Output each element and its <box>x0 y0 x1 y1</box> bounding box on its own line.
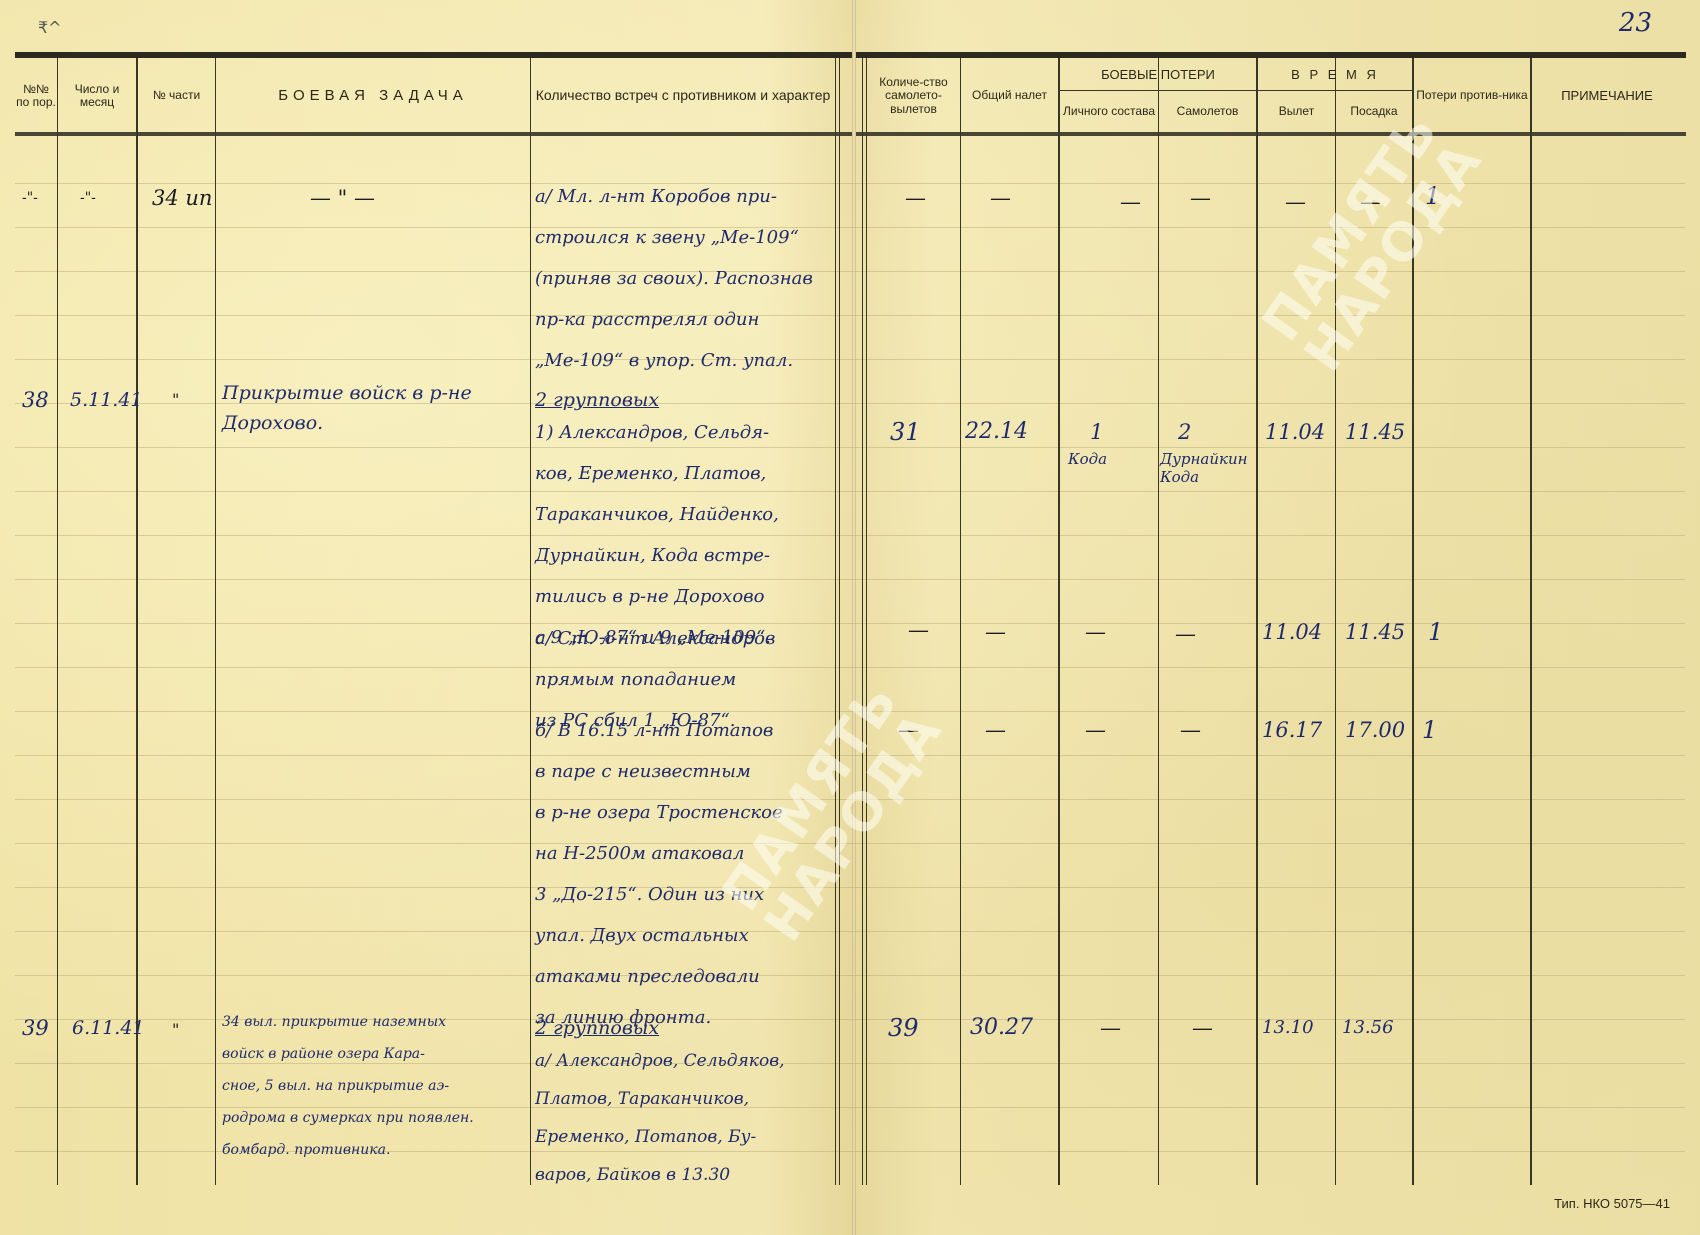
header-num: №№ по пор. <box>15 60 57 132</box>
journal-spread: ₹^ 23 №№ по пор. Число и месяц № части Б… <box>0 0 1700 1235</box>
cell-time-departure: 11.04 <box>1265 410 1325 454</box>
header-subgroup-rule <box>1060 90 1412 91</box>
cell-sorties: — <box>905 176 926 220</box>
cell-flight-time: 22.14 <box>965 410 1028 454</box>
cell-num: 39 <box>22 1006 49 1050</box>
col-divider <box>1158 58 1159 1185</box>
cell-sorties: 31 <box>890 410 921 454</box>
cell-enemy-losses: 1 <box>1422 708 1437 752</box>
header-top-rule-right <box>856 52 1686 58</box>
header-bottom-rule-right <box>856 132 1686 136</box>
header-sorties: Количе-ство самолето-вылетов <box>867 60 960 132</box>
cell-date: 6.11.41 <box>72 1006 145 1050</box>
cell-task: Прикрытие войск в р-не Дорохово. <box>222 378 472 438</box>
header-date: Число и месяц <box>58 60 136 132</box>
cell-num: -"- <box>22 176 38 220</box>
col-divider <box>1530 58 1532 1185</box>
cell-losses-personnel: — <box>1085 708 1106 752</box>
cell-time-landing: 11.45 <box>1345 410 1405 454</box>
page-number: 23 <box>1619 8 1652 38</box>
cell-sorties: 39 <box>888 1006 919 1050</box>
cell-task: — " — <box>310 176 375 220</box>
header-flight-time: Общий налет <box>961 60 1058 132</box>
cell-unit: " <box>172 378 179 422</box>
cell-losses-personnel: — <box>1120 180 1141 224</box>
header-note: ПРИМЕЧАНИЕ <box>1532 60 1682 132</box>
cell-time-departure: 13.10 <box>1262 1006 1314 1050</box>
cell-losses-personnel-note: Кода <box>1068 450 1107 468</box>
header-task: БОЕВАЯ ЗАДАЧА <box>216 60 530 132</box>
col-divider <box>530 58 531 1185</box>
cell-losses-aircraft-note: Дурнайкин Кода <box>1160 450 1247 486</box>
col-divider <box>1058 58 1060 1185</box>
header-losses-personnel: Личного состава <box>1060 92 1158 132</box>
header-losses-group: БОЕВЫЕ ПОТЕРИ <box>1060 60 1256 90</box>
cell-date: 5.11.41 <box>70 378 143 422</box>
cell-flight-time: — <box>985 708 1006 752</box>
cell-time-landing: 13.56 <box>1342 1006 1394 1050</box>
col-divider <box>215 58 216 1185</box>
cell-flight-time: 30.27 <box>970 1006 1033 1050</box>
cell-task: 34 выл. прикрытие наземных войск в район… <box>222 1006 474 1166</box>
cell-losses-aircraft: — <box>1175 612 1196 656</box>
header-bottom-rule-left <box>15 132 852 136</box>
cell-time-landing: 17.00 <box>1345 708 1405 752</box>
col-divider <box>1256 58 1258 1185</box>
cell-num: 38 <box>22 378 49 422</box>
cell-losses-personnel: 1 <box>1090 410 1103 454</box>
cell-sorties: — <box>908 608 929 652</box>
cell-enemy-losses: 1 <box>1428 610 1443 654</box>
cell-losses-aircraft: 2 <box>1178 410 1191 454</box>
cell-losses-aircraft: — <box>1190 176 1211 220</box>
col-divider <box>960 58 961 1185</box>
cell-time-departure: 16.17 <box>1262 708 1322 752</box>
cell-time-departure: 11.04 <box>1262 610 1322 654</box>
cell-time-landing: 11.45 <box>1345 610 1405 654</box>
header-losses-aircraft: Самолетов <box>1159 92 1256 132</box>
cell-flight-time: — <box>990 176 1011 220</box>
cell-encounters: а/ Мл. л-нт Коробов при- строился к звен… <box>535 176 813 381</box>
book-spine <box>852 0 856 1235</box>
cell-encounters: а/ Александров, Сельдяков, Платов, Тарак… <box>535 1042 785 1194</box>
cell-flight-time: — <box>985 610 1006 654</box>
cell-losses-aircraft: — <box>1180 708 1201 752</box>
col-divider <box>57 58 58 1185</box>
header-top-rule-left <box>15 52 852 58</box>
cell-losses-personnel: — <box>1100 1006 1121 1050</box>
cell-unit: 34 ип <box>152 176 212 220</box>
header-time-group: В Р Е М Я <box>1258 60 1412 90</box>
header-encounters: Количество встреч с противником и характ… <box>531 60 835 132</box>
header-unit: № части <box>138 60 215 132</box>
cell-time-departure: — <box>1285 180 1306 224</box>
cell-losses-aircraft: — <box>1192 1006 1213 1050</box>
col-divider <box>835 58 840 1185</box>
header-time-departure: Вылет <box>1258 92 1335 132</box>
printer-imprint: Тип. НКО 5075—41 <box>1554 1196 1670 1211</box>
cell-losses-personnel: — <box>1085 610 1106 654</box>
corner-note: ₹^ <box>38 18 62 37</box>
col-divider <box>862 58 867 1185</box>
cell-unit: " <box>172 1008 179 1052</box>
cell-date: -"- <box>80 176 96 220</box>
